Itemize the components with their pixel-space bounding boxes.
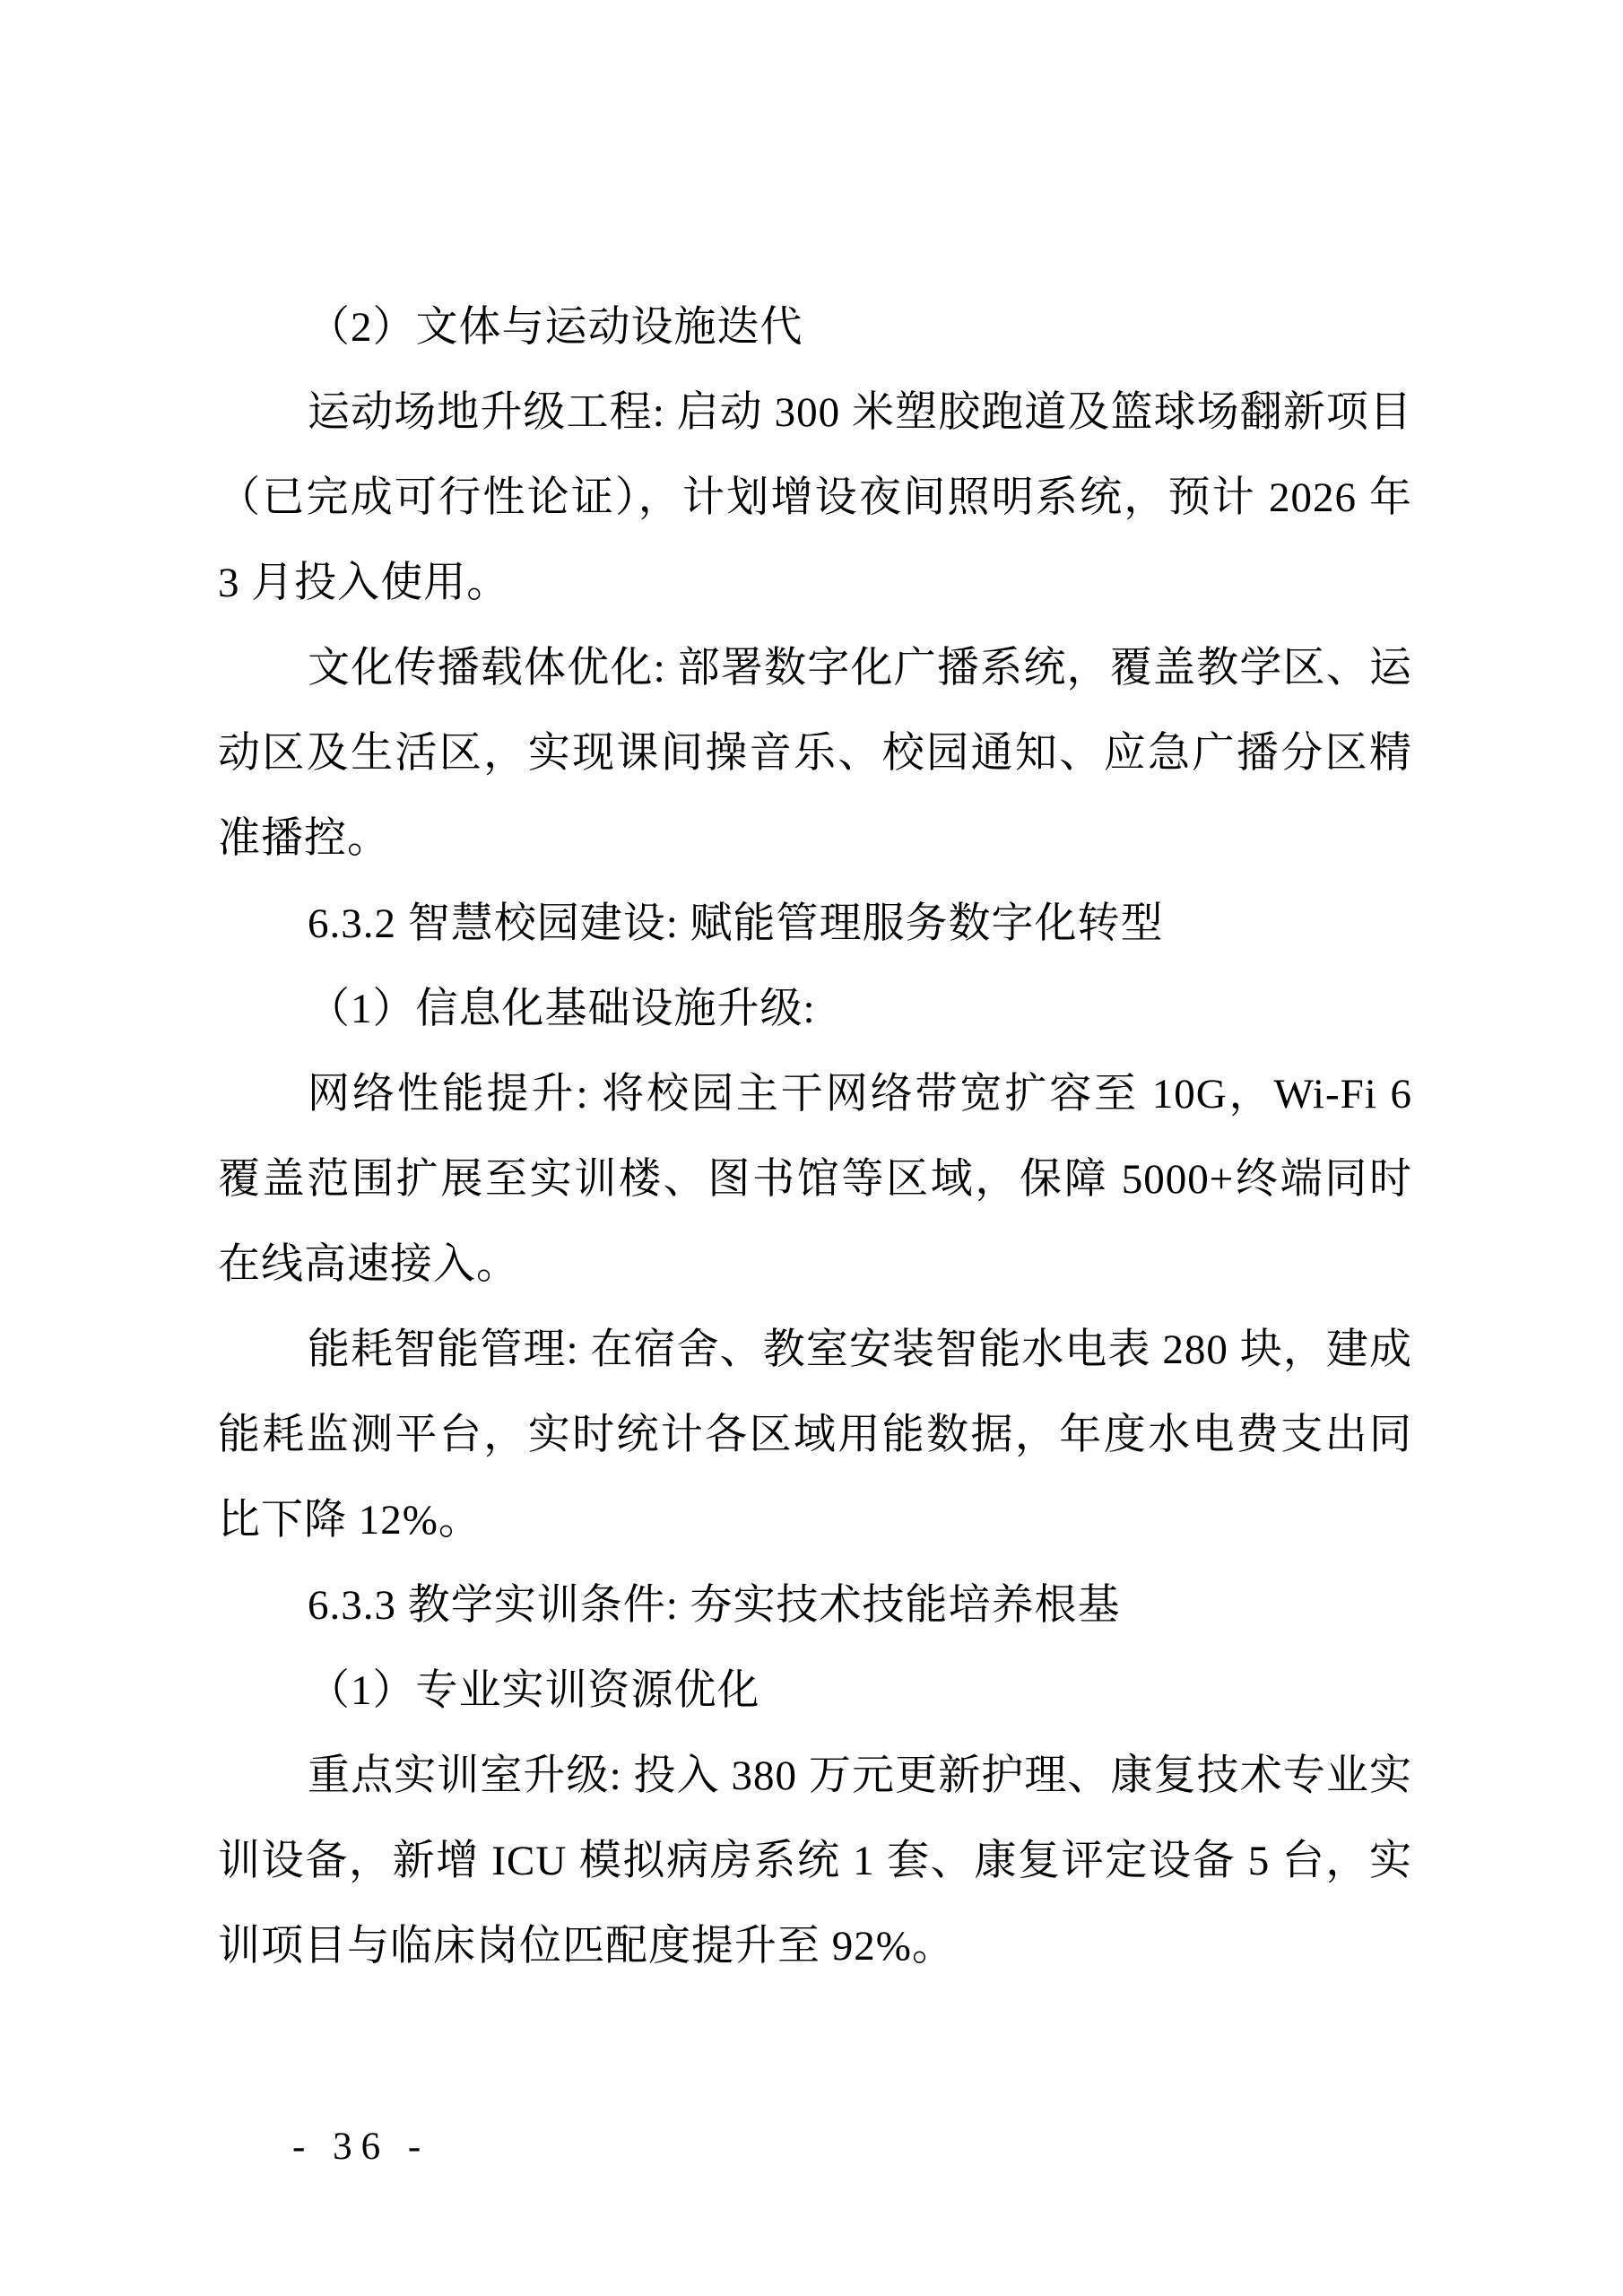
paragraph: 能耗智能管理: 在宿舍、教室安装智能水电表 280 块，建成能耗监测平台，实时统… — [218, 1308, 1412, 1563]
paragraph: （1）专业实训资源优化 — [218, 1648, 1412, 1734]
paragraph: 文化传播载体优化: 部署数字化广播系统，覆盖教学区、运动区及生活区，实现课间操音… — [218, 626, 1412, 882]
paragraph: 6.3.2 智慧校园建设: 赋能管理服务数字化转型 — [218, 882, 1412, 967]
paragraph: （2）文体与运动设施迭代 — [218, 285, 1412, 370]
paragraph: 6.3.3 教学实训条件: 夯实技术技能培养根基 — [218, 1563, 1412, 1648]
page-number: - 36 - — [292, 2126, 430, 2168]
document-page: （2）文体与运动设施迭代运动场地升级工程: 启动 300 米塑胶跑道及篮球场翻新… — [0, 0, 1623, 2296]
paragraph: 网络性能提升: 将校园主干网络带宽扩容至 10G，Wi-Fi 6 覆盖范围扩展至… — [218, 1052, 1412, 1308]
paragraph: 重点实训室升级: 投入 380 万元更新护理、康复技术专业实训设备，新增 ICU… — [218, 1734, 1412, 1989]
paragraph: （1）信息化基础设施升级: — [218, 967, 1412, 1052]
document-body: （2）文体与运动设施迭代运动场地升级工程: 启动 300 米塑胶跑道及篮球场翻新… — [218, 285, 1412, 1989]
page-footer: - 36 - — [218, 2083, 430, 2212]
paragraph: 运动场地升级工程: 启动 300 米塑胶跑道及篮球场翻新项目（已完成可行性论证）… — [218, 370, 1412, 626]
